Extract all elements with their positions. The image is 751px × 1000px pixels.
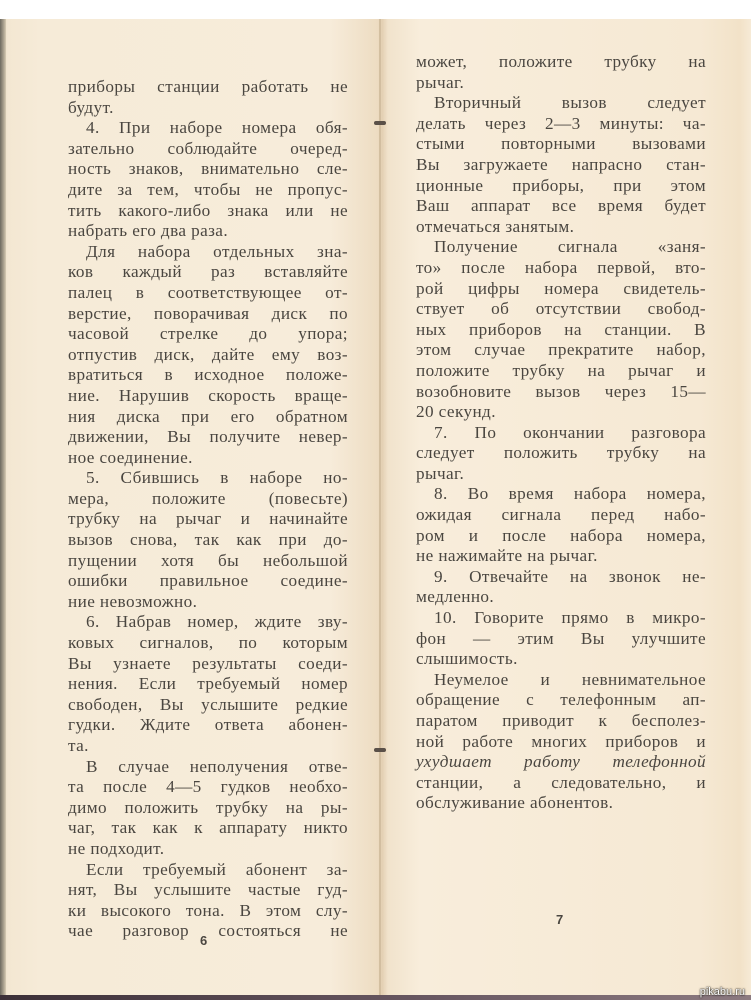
text-line: В случае неполучения отве-	[68, 757, 348, 778]
page-number-left: 6	[200, 933, 207, 948]
text-line: следует положить трубку на	[416, 443, 706, 464]
text-line: Вы узнаете результаты соеди-	[68, 654, 348, 675]
text-line: 4. При наборе номера обя-	[68, 118, 348, 139]
text-line: обращение с телефонным ап-	[416, 690, 706, 711]
text-line: ния диска при его обратном	[68, 407, 348, 428]
text-line: то» после набора первой, вто-	[416, 258, 706, 279]
text-line: ков каждый раз вставляйте	[68, 262, 348, 283]
text-line: ствует об отсутствии свобод-	[416, 299, 706, 320]
staple-bottom	[374, 748, 386, 752]
text-line: 9. Отвечайте на звонок не-	[416, 567, 706, 588]
text-line: вызов снова, так как при до-	[68, 530, 348, 551]
text-line: Вы загружаете напрасно стан-	[416, 155, 706, 176]
text-line: ние невозможно.	[68, 592, 348, 613]
text-line: ухудшает работу телефонной	[416, 752, 706, 773]
text-line: ность знаков, внимательно сле-	[68, 159, 348, 180]
text-line: рычаг.	[416, 73, 706, 94]
text-line: положите трубку на рычаг и	[416, 361, 706, 382]
text-line: ожидая сигнала перед набо-	[416, 505, 706, 526]
text-line: мера, положите (повесьте)	[68, 489, 348, 510]
text-line: ционные приборы, при этом	[416, 176, 706, 197]
text-line: набрать его два раза.	[68, 221, 348, 242]
text-line: стыми повторными вызовами	[416, 134, 706, 155]
text-line: чае разговор состояться не	[68, 921, 348, 942]
text-line: Неумелое и невнимательное	[416, 670, 706, 691]
text-line: слышимость.	[416, 649, 706, 670]
page-number-right: 7	[556, 912, 563, 927]
text-line: нения. Если требуемый номер	[68, 674, 348, 695]
text-line: чаг, так как к аппарату никто	[68, 818, 348, 839]
text-line: димо положить трубку на ры-	[68, 798, 348, 819]
text-line: 10. Говорите прямо в микро-	[416, 608, 706, 629]
text-line: ных приборов на станции. В	[416, 320, 706, 341]
cover-edge-left	[0, 19, 6, 1000]
text-line: приборы станции работать не	[68, 77, 348, 98]
watermark: pikabu.ru	[700, 986, 745, 998]
text-line: 5. Сбившись в наборе но-	[68, 468, 348, 489]
book-gutter	[379, 19, 381, 1000]
text-line: рычаг.	[416, 464, 706, 485]
staple-top	[374, 121, 386, 125]
text-line: тить какого-либо знака или не	[68, 201, 348, 222]
text-line: 6. Набрав номер, ждите зву-	[68, 612, 348, 633]
text-line: Ваш аппарат все время будет	[416, 196, 706, 217]
text-line: ковых сигналов, по которым	[68, 633, 348, 654]
text-line: возобновите вызов через 15—	[416, 382, 706, 403]
text-line: медленно.	[416, 587, 706, 608]
text-line: обслуживание абонентов.	[416, 793, 706, 814]
text-line: не подходит.	[68, 839, 348, 860]
cover-edge-bottom	[0, 995, 751, 1000]
text-line: Получение сигнала «заня-	[416, 237, 706, 258]
text-line: станции, а следовательно, и	[416, 773, 706, 794]
text-line: вратиться в исходное положе-	[68, 365, 348, 386]
text-line: Для набора отдельных зна-	[68, 242, 348, 263]
text-line: пущении хотя бы небольшой	[68, 551, 348, 572]
text-line: гудки. Ждите ответа абонен-	[68, 715, 348, 736]
text-line: 8. Во время набора номера,	[416, 484, 706, 505]
text-line: дите за тем, чтобы не пропус-	[68, 180, 348, 201]
text-line: этом случае прекратите набор,	[416, 340, 706, 361]
text-line: часовой стрелке до упора;	[68, 324, 348, 345]
text-line: паратом приводит к бесполез-	[416, 711, 706, 732]
text-line: 7. По окончании разговора	[416, 423, 706, 444]
text-line: не нажимайте на рычаг.	[416, 546, 706, 567]
text-line: нят, Вы услышите частые гуд-	[68, 880, 348, 901]
text-line: та после 4—5 гудков необхо-	[68, 777, 348, 798]
text-line: ром и после набора номера,	[416, 526, 706, 547]
text-line: отмечаться занятым.	[416, 217, 706, 238]
text-line: трубку на рычаг и начинайте	[68, 509, 348, 530]
text-line: фон — этим Вы улучшите	[416, 629, 706, 650]
text-line: ние. Нарушив скорость враще-	[68, 386, 348, 407]
text-line: ной работе многих приборов и	[416, 732, 706, 753]
text-line: ное соединение.	[68, 448, 348, 469]
text-line: движении, Вы получите невер-	[68, 427, 348, 448]
text-line: ки высокого тона. В этом слу-	[68, 901, 348, 922]
text-line: может, положите трубку на	[416, 52, 706, 73]
text-line: будут.	[68, 98, 348, 119]
text-line: делать через 2—3 минуты: ча-	[416, 114, 706, 135]
text-line: та.	[68, 736, 348, 757]
text-line: 20 секунд.	[416, 402, 706, 423]
text-line: зательно соблюдайте очеред-	[68, 139, 348, 160]
text-line: верстие, поворачивая диск по	[68, 304, 348, 325]
left-page-text: приборы станции работать небудут.4. При …	[68, 77, 348, 942]
right-page-text: может, положите трубку нарычаг.Вторичный…	[416, 52, 706, 814]
text-line: Если требуемый абонент за-	[68, 860, 348, 881]
text-line: ошибки правильное соедине-	[68, 571, 348, 592]
text-line: рой цифры номера свидетель-	[416, 279, 706, 300]
text-line: отпустив диск, дайте ему воз-	[68, 345, 348, 366]
text-line: свободен, Вы услышите редкие	[68, 695, 348, 716]
text-line: палец в соответствующее от-	[68, 283, 348, 304]
text-line: Вторичный вызов следует	[416, 93, 706, 114]
